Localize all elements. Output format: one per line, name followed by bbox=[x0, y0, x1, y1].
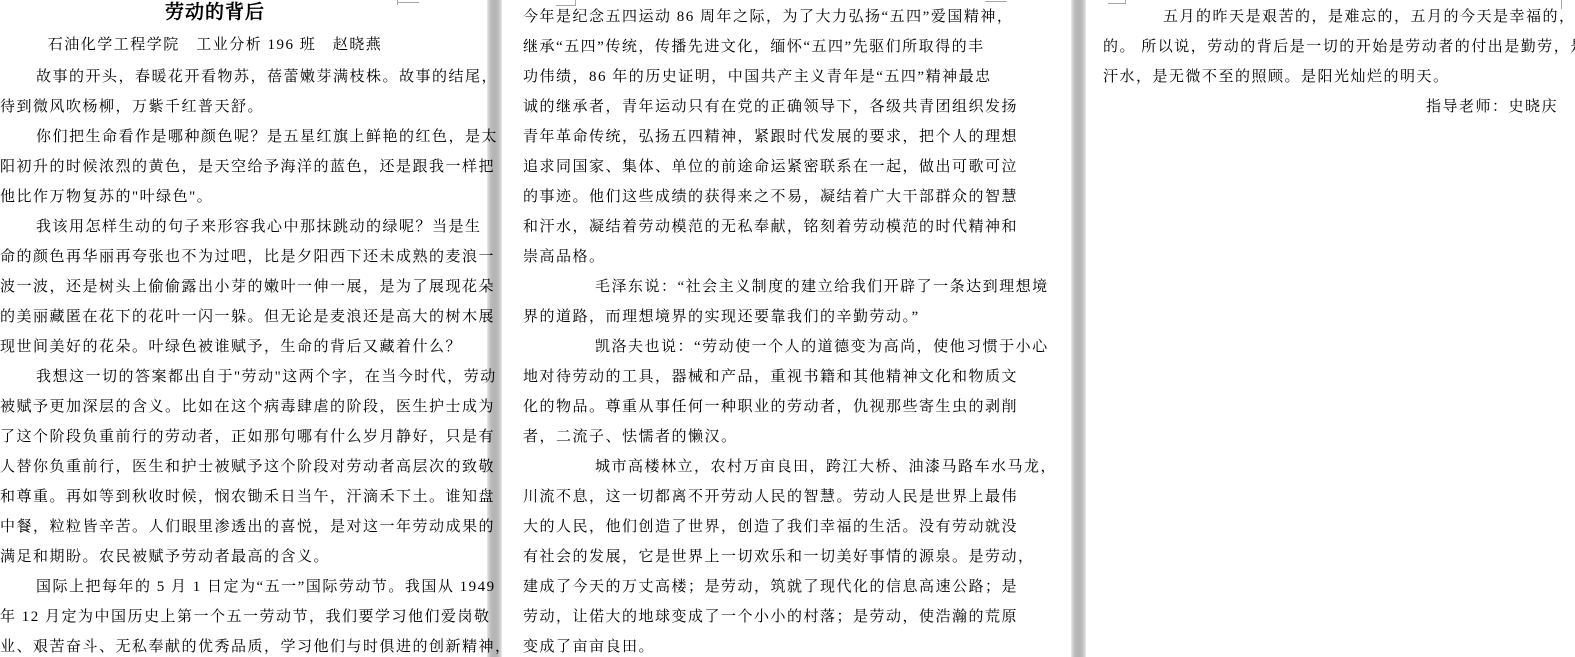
text-line: 汗水，是无微不至的照顾。是阳光灿烂的明天。 bbox=[1103, 62, 1558, 92]
text-line: 满足和期盼。农民被赋予劳动者最高的含义。 bbox=[0, 542, 458, 572]
document-canvas: 劳动的背后 石油化学工程学院 工业分析 196 班 赵晓燕 故事的开头，春暖花开… bbox=[0, 0, 1575, 657]
text-line: 川流不息，这一切都离不开劳动人民的智慧。劳动人民是世界上最伟 bbox=[523, 482, 1010, 512]
text-line: 现世间美好的花朵。叶绿色被谁赋予，生命的背后又藏着什么？ bbox=[0, 332, 458, 362]
text-line: 城市高楼林立，农村万亩良田，跨江大桥、油漆马路车水马龙， bbox=[523, 452, 1010, 482]
text-line: 阳初升的时候浓烈的黄色，是天空给予海洋的蓝色，还是跟我一样把 bbox=[0, 152, 458, 182]
text-line: 今年是纪念五四运动 86 周年之际，为了大力弘扬“五四”爱国精神， bbox=[523, 2, 1010, 32]
text-line: 了这个阶段负重前行的劳动者，正如那句哪有什么岁月静好，只是有 bbox=[0, 422, 458, 452]
text-line: 毛泽东说：“社会主义制度的建立给我们开辟了一条达到理想境 bbox=[523, 272, 1010, 302]
document-byline: 石油化学工程学院 工业分析 196 班 赵晓燕 bbox=[0, 28, 458, 62]
text-line: 崇高品格。 bbox=[523, 242, 1010, 272]
text-line: 待到微风吹杨柳，万紫千红普天舒。 bbox=[0, 92, 458, 122]
text-line: 界的道路，而理想境界的实现还要靠我们的辛勤劳动。” bbox=[523, 302, 1010, 332]
text-line: 的事迹。他们这些成绩的获得来之不易，凝结着广大干部群众的智慧 bbox=[523, 182, 1010, 212]
text-line: 你们把生命看作是哪种颜色呢？是五星红旗上鲜艳的红色，是太 bbox=[0, 122, 458, 152]
page-2-body: 今年是纪念五四运动 86 周年之际，为了大力弘扬“五四”爱国精神，继承“五四”传… bbox=[523, 2, 1010, 657]
page-1: 劳动的背后 石油化学工程学院 工业分析 196 班 赵晓燕 故事的开头，春暖花开… bbox=[0, 0, 458, 657]
text-line: 建成了今天的万丈高楼；是劳动，筑就了现代化的信息高速公路；是 bbox=[523, 572, 1010, 602]
text-line: 命的颜色再华丽再夸张也不为过吧，比是夕阳西下还未成熟的麦浪一 bbox=[0, 242, 458, 272]
page-1-body: 故事的开头，春暖花开看物苏，蓓蕾嫩芽满枝株。故事的结尾，待到微风吹杨柳，万紫千红… bbox=[0, 62, 458, 657]
text-line: 地对待劳动的工具，器械和产品，重视书籍和其他精神文化和物质文 bbox=[523, 362, 1010, 392]
document-title: 劳动的背后 bbox=[0, 0, 458, 28]
text-line: 有社会的发展，它是世界上一切欢乐和一切美好事情的源泉。是劳动， bbox=[523, 542, 1010, 572]
text-line: 年 12 月定为中国历史上第一个五一劳动节，我们要学习他们爱岗敬 bbox=[0, 602, 458, 632]
text-line: 继承“五四”传统，传播先进文化，缅怀“五四”先驱们所取得的丰 bbox=[523, 32, 1010, 62]
text-line: 他比作万物复苏的"叶绿色"。 bbox=[0, 182, 458, 212]
page-gutter bbox=[487, 0, 502, 657]
text-line: 者，二流子、怯懦者的懒汉。 bbox=[523, 422, 1010, 452]
text-line: 功伟绩，86 年的历史证明，中国共产主义青年是“五四”精神最忠 bbox=[523, 62, 1010, 92]
text-line: 故事的开头，春暖花开看物苏，蓓蕾嫩芽满枝株。故事的结尾， bbox=[0, 62, 458, 92]
page-3: 五月的昨天是艰苦的，是难忘的，五月的今天是幸福的，是多彩的。 所以说，劳动的背后… bbox=[1103, 2, 1558, 122]
text-line: 凯洛夫也说：“劳动使一个人的道德变为高尚，使他习惯于小心 bbox=[523, 332, 1010, 362]
text-line: 和尊重。再如等到秋收时候，悯农锄禾日当午，汗滴禾下土。谁知盘 bbox=[0, 482, 458, 512]
text-line: 五月的昨天是艰苦的，是难忘的，五月的今天是幸福的，是多彩 bbox=[1103, 2, 1558, 32]
text-line: 的美丽藏匿在花下的花叶一闪一躲。但无论是麦浪还是高大的树木展 bbox=[0, 302, 458, 332]
text-line: 化的物品。尊重从事任何一种职业的劳动者，仇视那些寄生虫的剥削 bbox=[523, 392, 1010, 422]
page-gutter bbox=[1071, 0, 1086, 657]
text-line: 变成了亩亩良田。 bbox=[523, 632, 1010, 657]
text-line: 的。 所以说，劳动的背后是一切的开始是劳动者的付出是勤劳，是 bbox=[1103, 32, 1558, 62]
text-line: 指导老师：史晓庆 bbox=[1103, 92, 1558, 122]
text-line: 中餐，粒粒皆辛苦。人们眼里渗透出的喜悦，是对这一年劳动成果的 bbox=[0, 512, 458, 542]
text-line: 波一波，还是树头上偷偷露出小芽的嫩叶一伸一展，是为了展现花朵 bbox=[0, 272, 458, 302]
text-line: 被赋予更加深层的含义。比如在这个病毒肆虐的阶段，医生护士成为 bbox=[0, 392, 458, 422]
text-line: 诚的继承者，青年运动只有在党的正确领导下，各级共青团组织发扬 bbox=[523, 92, 1010, 122]
text-line: 青年革命传统，弘扬五四精神，紧跟时代发展的要求，把个人的理想 bbox=[523, 122, 1010, 152]
text-line: 我想这一切的答案都出自于"劳动"这两个字，在当今时代，劳动 bbox=[0, 362, 458, 392]
text-line: 业、艰苦奋斗、无私奉献的优秀品质，学习他们与时俱进的创新精神， bbox=[0, 632, 458, 657]
text-line: 追求同国家、集体、单位的前途命运紧密联系在一起，做出可歌可泣 bbox=[523, 152, 1010, 182]
text-line: 劳动，让偌大的地球变成了一个小小的村落；是劳动，使浩瀚的荒原 bbox=[523, 602, 1010, 632]
text-line: 我该用怎样生动的句子来形容我心中那抹跳动的绿呢？当是生 bbox=[0, 212, 458, 242]
text-line: 国际上把每年的 5 月 1 日定为“五一”国际劳动节。我国从 1949 bbox=[0, 572, 458, 602]
page-2: 今年是纪念五四运动 86 周年之际，为了大力弘扬“五四”爱国精神，继承“五四”传… bbox=[523, 2, 1010, 657]
page-3-body: 五月的昨天是艰苦的，是难忘的，五月的今天是幸福的，是多彩的。 所以说，劳动的背后… bbox=[1103, 2, 1558, 122]
text-line: 和汗水，凝结着劳动模范的无私奉献，铭刻着劳动模范的时代精神和 bbox=[523, 212, 1010, 242]
text-line: 人替你负重前行，医生和护士被赋予这个阶段对劳动者高层次的致敬 bbox=[0, 452, 458, 482]
text-line: 大的人民，他们创造了世界，创造了我们幸福的生活。没有劳动就没 bbox=[523, 512, 1010, 542]
